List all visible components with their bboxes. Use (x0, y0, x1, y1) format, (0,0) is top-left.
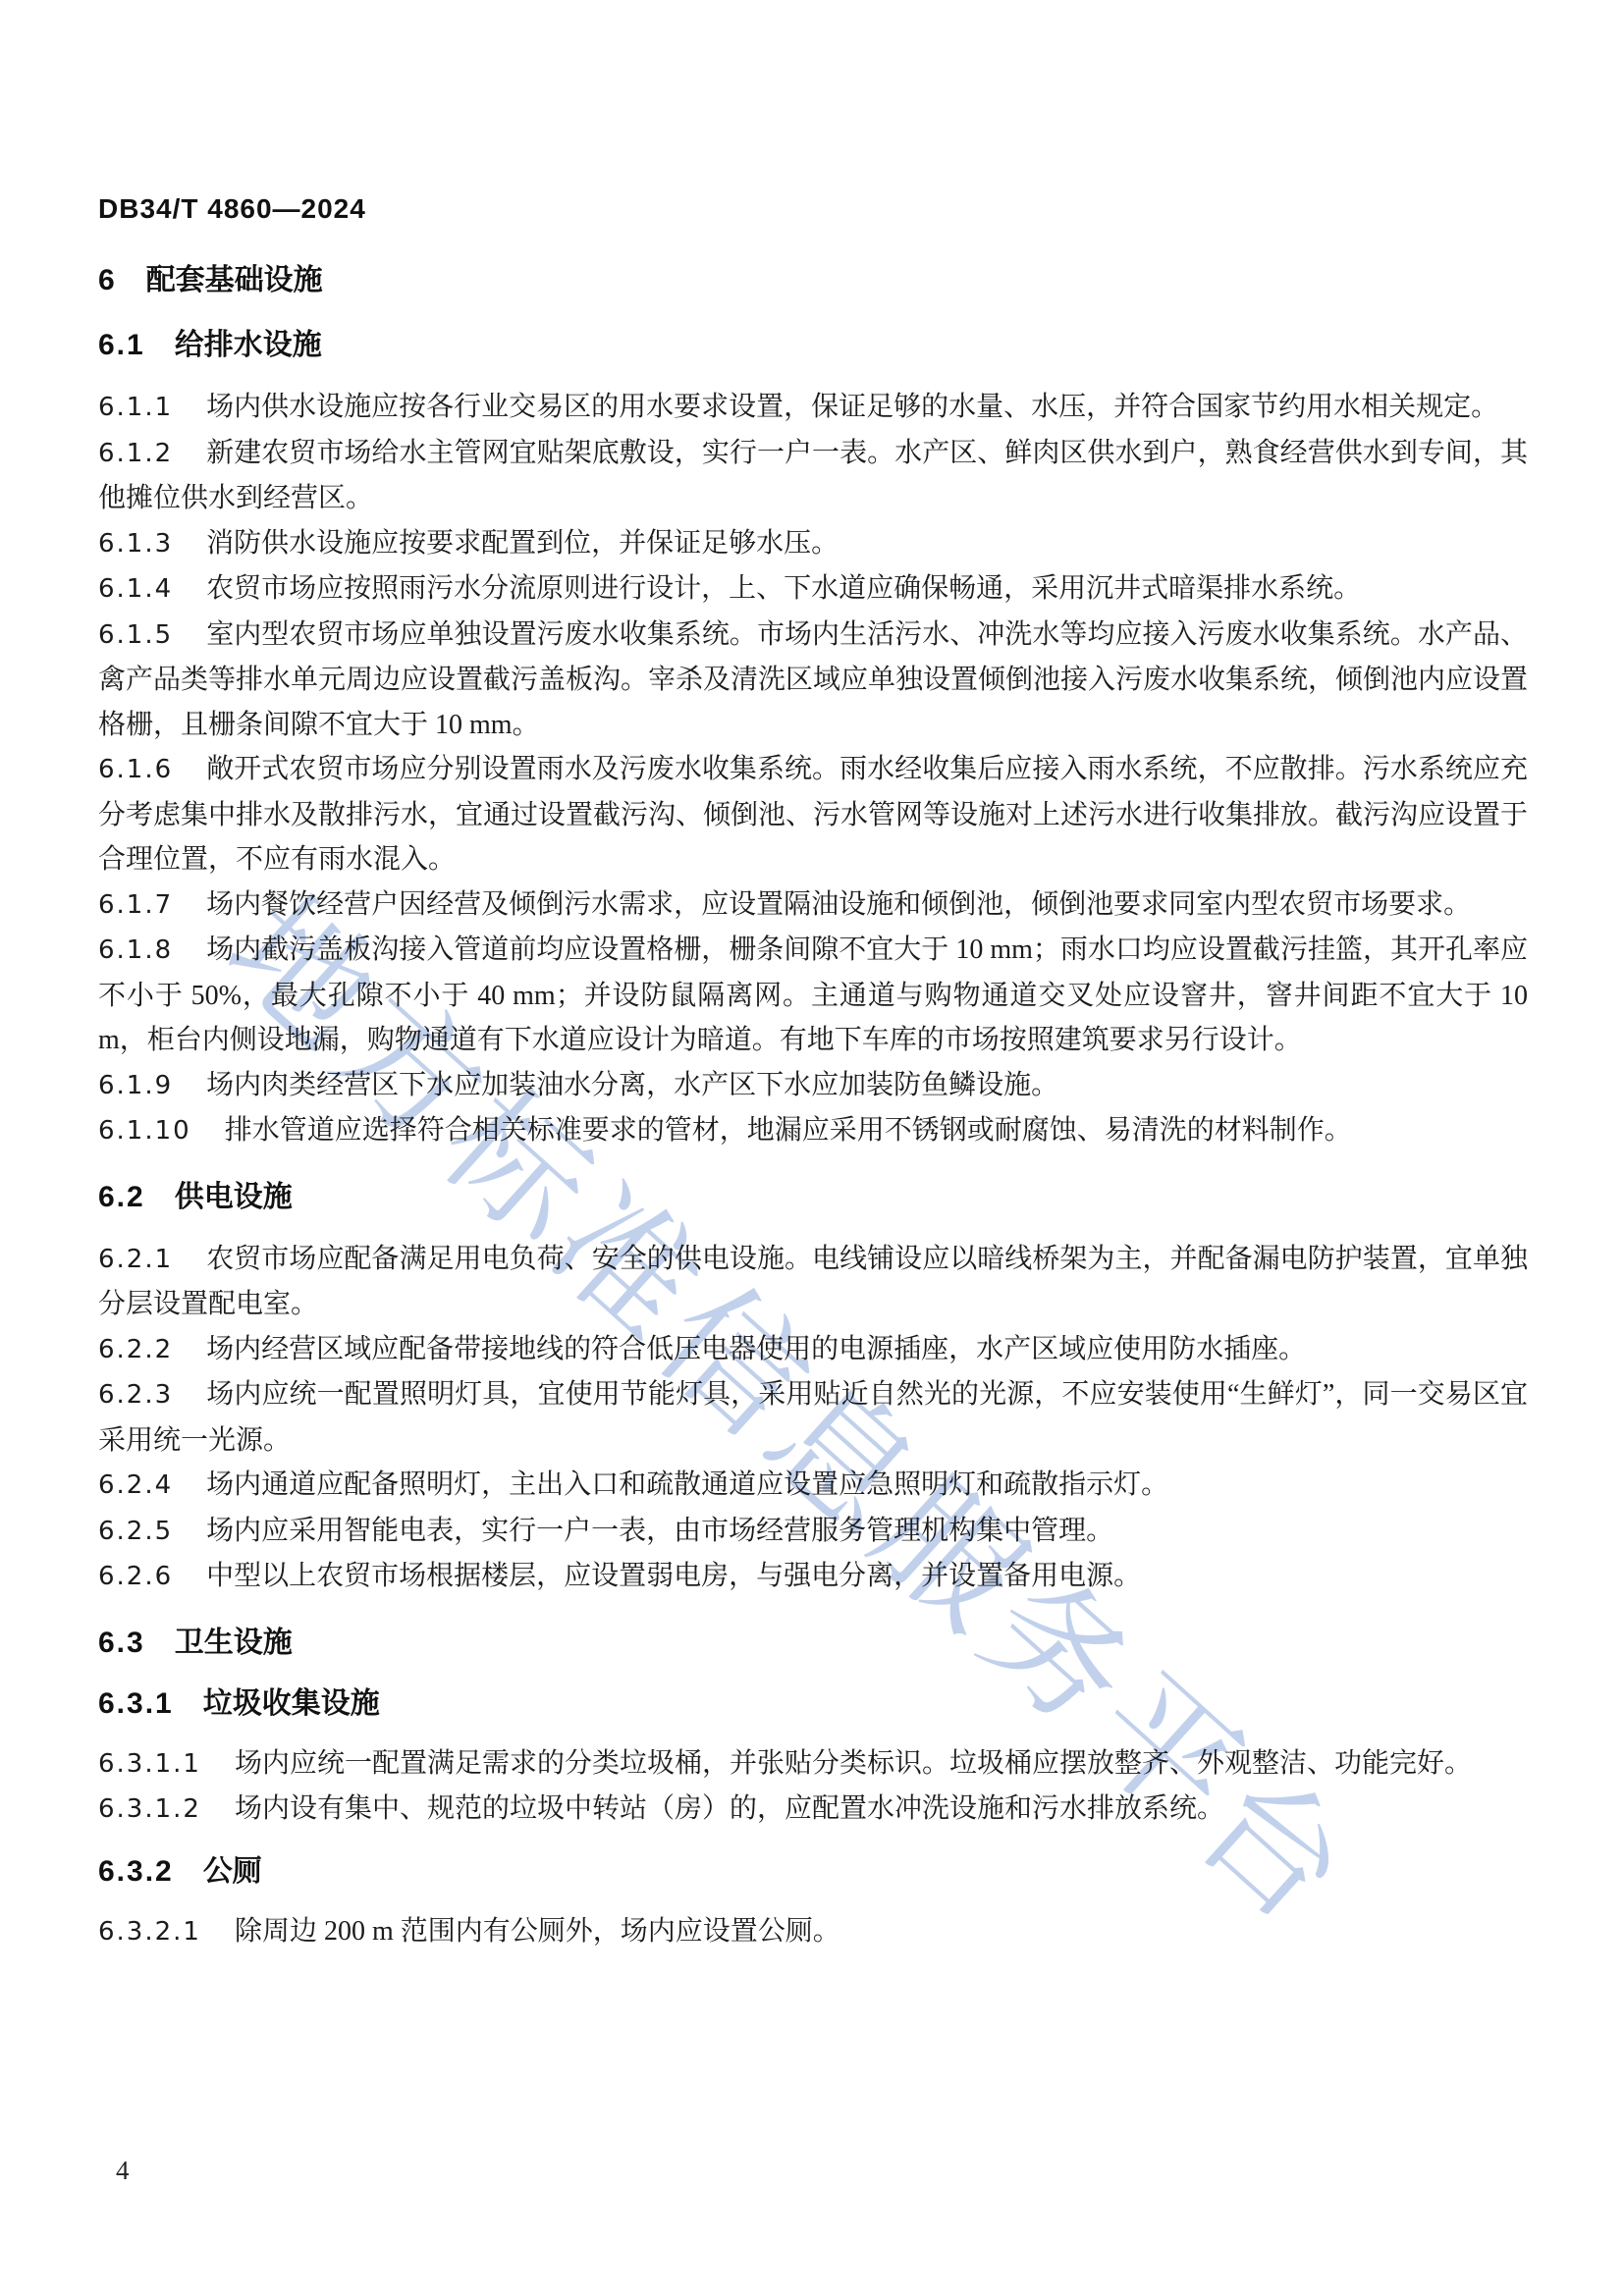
clause-text: 除周边 200 m 范围内有公厕外，场内应设置公厕。 (235, 1916, 840, 1947)
clause-number: 6.1.10 (98, 1116, 191, 1146)
heading-number: 6.3 (98, 1627, 145, 1659)
clause-paragraph: 6.2.6中型以上农贸市场根据楼层，应设置弱电房，与强电分离，并设置备用电源。 (98, 1554, 1528, 1600)
clause-text: 排水管道应选择符合相关标准要求的管材，地漏应采用不锈钢或耐腐蚀、易清洗的材料制作… (225, 1115, 1352, 1146)
clause-paragraph: 6.1.6敞开式农贸市场应分别设置雨水及污废水收集系统。雨水经收集后应接入雨水系… (98, 747, 1528, 882)
clause-text: 室内型农贸市场应单独设置污废水收集系统。市场内生活污水、冲洗水等均应接入污废水收… (98, 619, 1528, 740)
clause-number: 6.3.2.1 (98, 1917, 201, 1947)
heading-number: 6.3.2 (98, 1855, 174, 1888)
heading-number: 6.1 (98, 329, 145, 361)
clause-heading: 6.1给排水设施 (98, 324, 1528, 367)
document-page: 地方标准信息服务平台 DB34/T 4860—2024 6配套基础设施6.1给排… (0, 0, 1624, 2296)
clause-text: 场内肉类经营区下水应加装油水分离，水产区下水应加装防鱼鳞设施。 (206, 1070, 1058, 1100)
clause-paragraph: 6.1.4农贸市场应按照雨污水分流原则进行设计，上、下水道应确保畅通，采用沉井式… (98, 566, 1528, 613)
clause-text: 场内应统一配置照明灯具，宜使用节能灯具，采用贴近自然光的光源，不应安装使用“生鲜… (98, 1379, 1528, 1456)
clause-paragraph: 6.1.7场内餐饮经营户因经营及倾倒污水需求，应设置隔油设施和倾倒池，倾倒池要求… (98, 882, 1528, 929)
clause-paragraph: 6.2.3场内应统一配置照明灯具，宜使用节能灯具，采用贴近自然光的光源，不应安装… (98, 1372, 1528, 1463)
clause-number: 6.1.9 (98, 1071, 173, 1100)
clause-paragraph: 6.3.1.2场内设有集中、规范的垃圾中转站（房）的，应配置水冲洗设施和污水排放… (98, 1787, 1528, 1833)
heading-number: 6.2 (98, 1181, 145, 1213)
clause-number: 6.2.1 (98, 1245, 173, 1274)
clause-heading: 6.2供电设施 (98, 1176, 1528, 1219)
heading-number: 6 (98, 264, 117, 296)
clause-text: 新建农贸市场给水主管网宜贴架底敷设，实行一户一表。水产区、鲜肉区供水到户，熟食经… (98, 438, 1528, 514)
clause-text: 场内通道应配备照明灯，主出入口和疏散通道应设置应急照明灯和疏散指示灯。 (206, 1469, 1168, 1500)
clause-text: 场内餐饮经营户因经营及倾倒污水需求，应设置隔油设施和倾倒池，倾倒池要求同室内型农… (206, 889, 1471, 920)
standard-code: DB34/T 4860—2024 (98, 192, 1528, 226)
clause-number: 6.2.5 (98, 1517, 173, 1546)
clause-paragraph: 6.2.2场内经营区域应配备带接地线的符合低压电器使用的电源插座，水产区域应使用… (98, 1327, 1528, 1373)
clause-number: 6.2.6 (98, 1562, 173, 1591)
clause-blocks: 6配套基础设施6.1给排水设施6.1.1场内供水设施应按各行业交易区的用水要求设… (98, 259, 1528, 1954)
clause-text: 场内经营区域应配备带接地线的符合低压电器使用的电源插座，水产区域应使用防水插座。 (206, 1334, 1306, 1364)
clause-heading: 6配套基础设施 (98, 259, 1528, 302)
clause-paragraph: 6.3.2.1除周边 200 m 范围内有公厕外，场内应设置公厕。 (98, 1909, 1528, 1955)
heading-title: 卫生设施 (175, 1627, 293, 1659)
clause-text: 消防供水设施应按要求配置到位，并保证足够水压。 (206, 528, 839, 559)
heading-title: 公厕 (203, 1855, 262, 1888)
clause-heading: 6.3卫生设施 (98, 1622, 1528, 1665)
clause-heading: 6.3.2公厕 (98, 1850, 1528, 1894)
heading-title: 给排水设施 (175, 329, 322, 361)
clause-number: 6.1.4 (98, 574, 173, 604)
clause-number: 6.1.5 (98, 620, 173, 650)
document-content: DB34/T 4860—2024 6配套基础设施6.1给排水设施6.1.1场内供… (98, 192, 1528, 1954)
heading-number: 6.3.1 (98, 1687, 174, 1720)
clause-number: 6.1.1 (98, 393, 173, 422)
clause-paragraph: 6.2.1农贸市场应配备满足用电负荷、安全的供电设施。电线铺设应以暗线桥架为主，… (98, 1237, 1528, 1327)
heading-title: 供电设施 (175, 1181, 293, 1213)
page-number: 4 (116, 2156, 130, 2186)
clause-text: 场内应统一配置满足需求的分类垃圾桶，并张贴分类标识。垃圾桶应摆放整齐、外观整洁、… (235, 1748, 1472, 1779)
heading-title: 垃圾收集设施 (203, 1687, 380, 1720)
clause-number: 6.2.4 (98, 1470, 173, 1500)
clause-text: 中型以上农贸市场根据楼层，应设置弱电房，与强电分离，并设置备用电源。 (206, 1561, 1141, 1591)
clause-paragraph: 6.3.1.1场内应统一配置满足需求的分类垃圾桶，并张贴分类标识。垃圾桶应摆放整… (98, 1741, 1528, 1788)
clause-text: 场内供水设施应按各行业交易区的用水要求设置，保证足够的水量、水压，并符合国家节约… (206, 392, 1498, 422)
clause-paragraph: 6.1.2新建农贸市场给水主管网宜贴架底敷设，实行一户一表。水产区、鲜肉区供水到… (98, 431, 1528, 521)
clause-paragraph: 6.2.4场内通道应配备照明灯，主出入口和疏散通道应设置应急照明灯和疏散指示灯。 (98, 1463, 1528, 1509)
clause-number: 6.1.8 (98, 935, 173, 965)
clause-paragraph: 6.1.3消防供水设施应按要求配置到位，并保证足够水压。 (98, 521, 1528, 567)
clause-number: 6.3.1.2 (98, 1794, 201, 1824)
clause-heading: 6.3.1垃圾收集设施 (98, 1682, 1528, 1726)
heading-title: 配套基础设施 (146, 264, 323, 296)
clause-number: 6.1.7 (98, 890, 173, 920)
clause-number: 6.2.2 (98, 1335, 173, 1364)
clause-text: 场内设有集中、规范的垃圾中转站（房）的，应配置水冲洗设施和污水排放系统。 (235, 1793, 1224, 1824)
clause-text: 场内应采用智能电表，实行一户一表，由市场经营服务管理机构集中管理。 (206, 1516, 1113, 1546)
clause-number: 6.1.2 (98, 439, 173, 468)
clause-paragraph: 6.1.8场内截污盖板沟接入管道前均应设置格栅，栅条间隙不宜大于 10 mm；雨… (98, 928, 1528, 1063)
clause-number: 6.3.1.1 (98, 1749, 201, 1779)
clause-text: 农贸市场应配备满足用电负荷、安全的供电设施。电线铺设应以暗线桥架为主，并配备漏电… (98, 1244, 1528, 1320)
clause-paragraph: 6.1.10排水管道应选择符合相关标准要求的管材，地漏应采用不锈钢或耐腐蚀、易清… (98, 1108, 1528, 1154)
clause-number: 6.1.3 (98, 529, 173, 559)
clause-text: 敞开式农贸市场应分别设置雨水及污废水收集系统。雨水经收集后应接入雨水系统，不应散… (98, 754, 1528, 875)
clause-number: 6.2.3 (98, 1380, 173, 1410)
clause-text: 场内截污盖板沟接入管道前均应设置格栅，栅条间隙不宜大于 10 mm；雨水口均应设… (98, 934, 1528, 1055)
clause-paragraph: 6.2.5场内应采用智能电表，实行一户一表，由市场经营服务管理机构集中管理。 (98, 1509, 1528, 1555)
clause-paragraph: 6.1.1场内供水设施应按各行业交易区的用水要求设置，保证足够的水量、水压，并符… (98, 385, 1528, 431)
clause-paragraph: 6.1.5室内型农贸市场应单独设置污废水收集系统。市场内生活污水、冲洗水等均应接… (98, 613, 1528, 748)
clause-paragraph: 6.1.9场内肉类经营区下水应加装油水分离，水产区下水应加装防鱼鳞设施。 (98, 1063, 1528, 1109)
clause-text: 农贸市场应按照雨污水分流原则进行设计，上、下水道应确保畅通，采用沉井式暗渠排水系… (206, 573, 1361, 604)
clause-number: 6.1.6 (98, 755, 173, 784)
